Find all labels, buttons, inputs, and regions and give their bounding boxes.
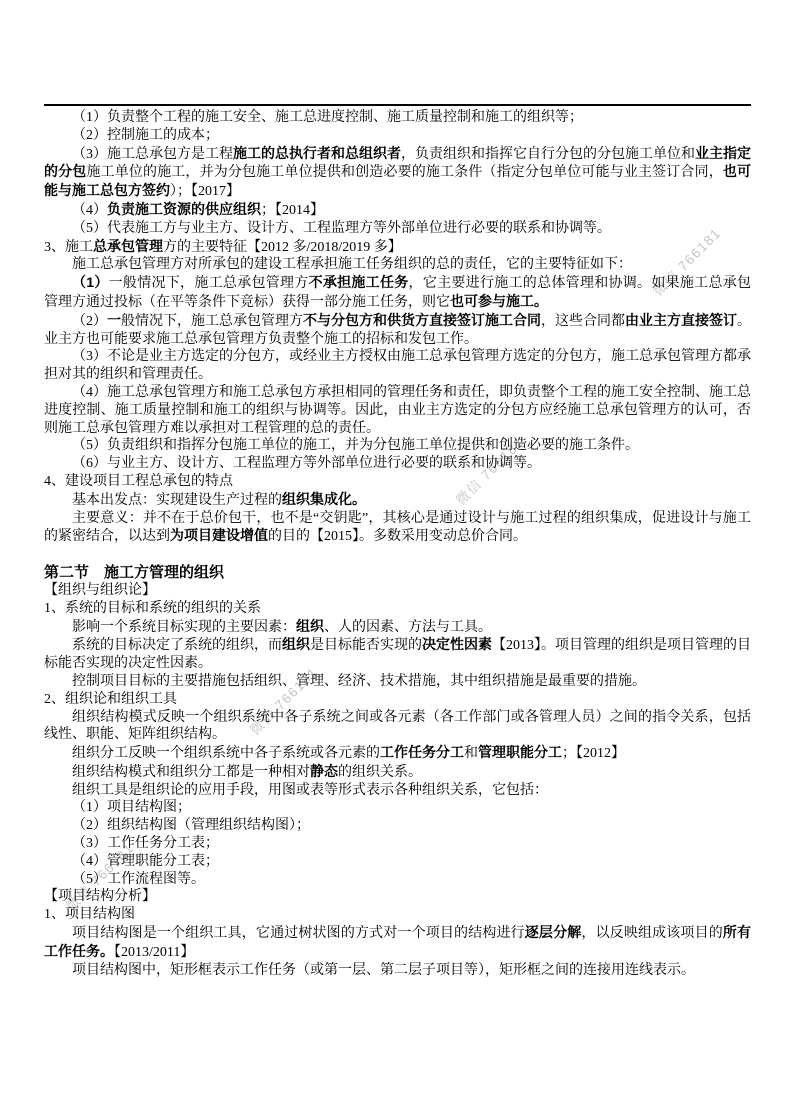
paragraph: 施工总承包管理方对所承包的建设工程承担施工任务组织的总的责任，它的主要特征如下： — [44, 256, 751, 274]
text-run: 施工单位的施工，并为分包施工单位提供和创造必要的施工条件（指定分包单位可能与业主… — [86, 165, 722, 180]
paragraph: （1）一般情况下，施工总承包管理方不承担施工任务，它主要进行施工的总体管理和协调… — [44, 274, 751, 312]
paragraph: 项目结构图是一个组织工具，它通过树状图的方式对一个项目的结构进行逐层分解，以反映… — [44, 924, 751, 962]
text-run: 的组织关系。 — [338, 765, 422, 780]
emphasized-text: 静态 — [310, 763, 338, 779]
text-run: （3）不论是业主方选定的分包方，或经业主方授权由施工总承包管理方选定的分包方，施… — [44, 349, 751, 382]
text-run: 项目结构图中，矩形框表示工作任务（或第一层、第二层子项目等），矩形框之间的连接用… — [72, 963, 695, 978]
text-run: （1）负责整个工程的施工安全、施工总进度控制、施工质量控制和施工的组织等； — [72, 110, 583, 125]
text-run: （4）施工总承包管理方和施工总承包方承担相同的管理任务和责任，即负责整个工程的施… — [44, 385, 751, 436]
emphasized-text: （1） — [72, 274, 109, 290]
text-run: 组织结构模式反映一个组织系统中各子系统之间或各元素（各工作部门或各管理人员）之间… — [44, 710, 751, 743]
paragraph: 组织分工反映一个组织系统中各子系统或各元素的工作任务分工和管理职能分工；【201… — [44, 744, 751, 763]
text-run: （3）工作任务分工表； — [72, 836, 219, 851]
paragraph: （1）项目结构图； — [44, 799, 751, 817]
paragraph: （2）组织结构图（管理组织结构图）； — [44, 817, 751, 835]
emphasized-text: 组织 — [282, 636, 310, 652]
paragraph: （6）与业主方、设计方、工程监理方等外部单位进行必要的联系和协调等。 — [44, 455, 751, 473]
paragraph: 【组织与组织论】 — [44, 582, 751, 600]
text-run: 【项目结构分析】 — [44, 889, 156, 904]
emphasized-text: 总承包管理 — [93, 238, 163, 254]
text-run: ）；【2017】 — [170, 184, 240, 199]
text-run: （3）施工总承包方是工程 — [72, 147, 233, 162]
text-run: 的目的【2015】。多数采用变动总价合同。 — [268, 529, 527, 544]
top-divider — [44, 104, 751, 106]
paragraph: 1、项目结构图 — [44, 906, 751, 924]
emphasized-text: 施工的总执行者和总组织者 — [233, 145, 401, 161]
paragraph: 组织工具是组织论的应用手段，用图或表等形式表示各种组织关系，它包括： — [44, 782, 751, 800]
paragraph: （5）代表施工方与业主方、设计方、工程监理方等外部单位进行必要的联系和协调等。 — [44, 220, 751, 238]
paragraph: （4）负责施工资源的供应组织；【2014】 — [44, 201, 751, 220]
paragraph: （3）不论是业主方选定的分包方，或经业主方授权由施工总承包管理方选定的分包方，施… — [44, 348, 751, 384]
paragraph: 4、建设项目工程总承包的特点 — [44, 473, 751, 491]
text-run: 和 — [464, 746, 478, 761]
paragraph: 1、系统的目标和系统的组织的关系 — [44, 600, 751, 618]
paragraph: 组织结构模式和组织分工都是一种相对静态的组织关系。 — [44, 763, 751, 782]
emphasized-text: 不承担施工任务 — [309, 274, 409, 290]
text-run: 施工总承包管理方对所承包的建设工程承担施工任务组织的总的责任，它的主要特征如下： — [72, 257, 632, 272]
paragraph: 控制项目目标的主要措施包括组织、管理、经济、技术措施，其中组织措施是最重要的措施… — [44, 673, 751, 691]
paragraph: （3）施工总承包方是工程施工的总执行者和总组织者，负责组织和指挥它自行分包的分包… — [44, 145, 751, 201]
paragraph: （2）一般情况下，施工总承包管理方不与分包方和供货方直接签订施工合同，这些合同都… — [44, 312, 751, 349]
text-run: （2）控制施工的成本； — [72, 128, 219, 143]
text-run: 是目标能否实现的 — [310, 638, 422, 653]
paragraph: 2、组织论和组织工具 — [44, 691, 751, 709]
text-run: 1、系统的目标和系统的组织的关系 — [44, 601, 261, 616]
emphasized-text: 管理职能分工 — [478, 744, 562, 760]
text-run: （2）组织结构图（管理组织结构图）； — [72, 818, 310, 833]
text-run: 项目结构图是一个组织工具，它通过树状图的方式对一个项目的结构进行 — [72, 926, 525, 941]
text-run: 基本出发点：实现建设生产过程的 — [72, 493, 282, 508]
emphasized-text: 组织集成化。 — [282, 491, 366, 507]
emphasized-text: 也可参与施工。 — [450, 293, 548, 309]
emphasized-text: 为项目建设增值 — [170, 527, 268, 543]
emphasized-text: 组织 — [296, 618, 324, 634]
text-run: （2） — [72, 314, 107, 329]
emphasized-text: 由业主方直接签订 — [625, 312, 737, 328]
text-run: 控制项目目标的主要措施包括组织、管理、经济、技术措施，其中组织措施是最重要的措施… — [72, 674, 646, 689]
text-run: 组织结构模式和组织分工都是一种相对 — [72, 765, 310, 780]
text-run: （4）管理职能分工表； — [72, 854, 219, 869]
text-run: 组织分工反映一个组织系统中各子系统或各元素的 — [72, 746, 380, 761]
text-run: 方的主要特征【2012 多/2018/2019 多】 — [163, 240, 402, 255]
emphasized-text: 决定性因素 — [422, 636, 492, 652]
text-run: 【2013/2011】 — [114, 945, 194, 960]
paragraph: （3）工作任务分工表； — [44, 835, 751, 853]
paragraph: 组织结构模式反映一个组织系统中各子系统之间或各元素（各工作部门或各管理人员）之间… — [44, 709, 751, 745]
text-run: 系统的目标决定了系统的组织，而 — [72, 638, 282, 653]
text-run: ，这些合同都 — [541, 314, 625, 329]
paragraph: 系统的目标决定了系统的组织，而组织是目标能否实现的决定性因素【2013】。项目管… — [44, 636, 751, 673]
paragraph: （5）负责组织和指挥分包施工单位的施工，并为分包施工单位提供和创造必要的施工条件… — [44, 437, 751, 455]
text-run: ，负责组织和指挥它自行分包的分包施工单位和 — [401, 147, 695, 162]
text-run: 3、施工 — [44, 240, 93, 255]
text-run: 第二节 施工方管理的组织 — [44, 564, 224, 581]
document-content: （1）负责整个工程的施工安全、施工总进度控制、施工质量控制和施工的组织等；（2）… — [44, 104, 751, 979]
paragraph: 主要意义：并不在于总价包干，也不是“交钥匙”，其核心是通过设计与施工过程的组织集… — [44, 510, 751, 547]
emphasized-text: 逐层分解 — [525, 924, 582, 940]
emphasized-text: 负责施工资源的供应组织 — [107, 201, 261, 217]
paragraph: 项目结构图中，矩形框表示工作任务（或第一层、第二层子项目等），矩形框之间的连接用… — [44, 962, 751, 980]
emphasized-text: 工作任务分工 — [380, 744, 464, 760]
emphasized-text: 不与分包方和供货方直接签订施工合同 — [303, 312, 541, 328]
text-run: （5）负责组织和指挥分包施工单位的施工，并为分包施工单位提供和创造必要的施工条件… — [72, 438, 639, 453]
paragraph: 基本出发点：实现建设生产过程的组织集成化。 — [44, 491, 751, 510]
document-body: （1）负责整个工程的施工安全、施工总进度控制、施工质量控制和施工的组织等；（2）… — [44, 109, 751, 979]
text-run: 一般情况下，施工总承包管理方 — [109, 276, 309, 291]
text-run: 、人的因素、方法与工具。 — [324, 620, 492, 635]
text-run: （1）项目结构图； — [72, 800, 191, 815]
emphasized-text: 一 — [107, 312, 121, 328]
document-page: 微信 766181微信 766181微信 766181微信 766181 （1）… — [0, 0, 792, 1120]
text-run: 2、组织论和组织工具 — [44, 692, 177, 707]
text-run: 4、建设项目工程总承包的特点 — [44, 474, 233, 489]
text-run: （5）代表施工方与业主方、设计方、工程监理方等外部单位进行必要的联系和协调等。 — [72, 221, 611, 236]
text-run: ；【2014】 — [261, 203, 324, 218]
paragraph: 影响一个系统目标实现的主要因素：组织、人的因素、方法与工具。 — [44, 618, 751, 637]
text-run: （4） — [72, 203, 107, 218]
text-run: 影响一个系统目标实现的主要因素： — [72, 620, 296, 635]
paragraph: （4）施工总承包管理方和施工总承包方承担相同的管理任务和责任，即负责整个工程的施… — [44, 384, 751, 437]
paragraph: （5）工作流程图等。 — [44, 871, 751, 889]
paragraph: （2）控制施工的成本； — [44, 127, 751, 145]
text-run: ，以反映组成该项目的 — [581, 926, 723, 941]
paragraph: 【项目结构分析】 — [44, 888, 751, 906]
text-run: 1、项目结构图 — [44, 907, 135, 922]
text-run: ；【2012】 — [562, 746, 625, 761]
section-heading: 第二节 施工方管理的组织 — [44, 564, 751, 582]
text-run: 【组织与组织论】 — [44, 583, 156, 598]
text-run: （6）与业主方、设计方、工程监理方等外部单位进行必要的联系和协调等。 — [72, 456, 541, 471]
text-run: （5）工作流程图等。 — [72, 872, 205, 887]
paragraph: （4）管理职能分工表； — [44, 853, 751, 871]
text-run: 组织工具是组织论的应用手段，用图或表等形式表示各种组织关系，它包括： — [72, 783, 548, 798]
paragraph: 3、施工总承包管理方的主要特征【2012 多/2018/2019 多】 — [44, 238, 751, 257]
text-run: 般情况下，施工总承包管理方 — [121, 314, 303, 329]
paragraph: （1）负责整个工程的施工安全、施工总进度控制、施工质量控制和施工的组织等； — [44, 109, 751, 127]
